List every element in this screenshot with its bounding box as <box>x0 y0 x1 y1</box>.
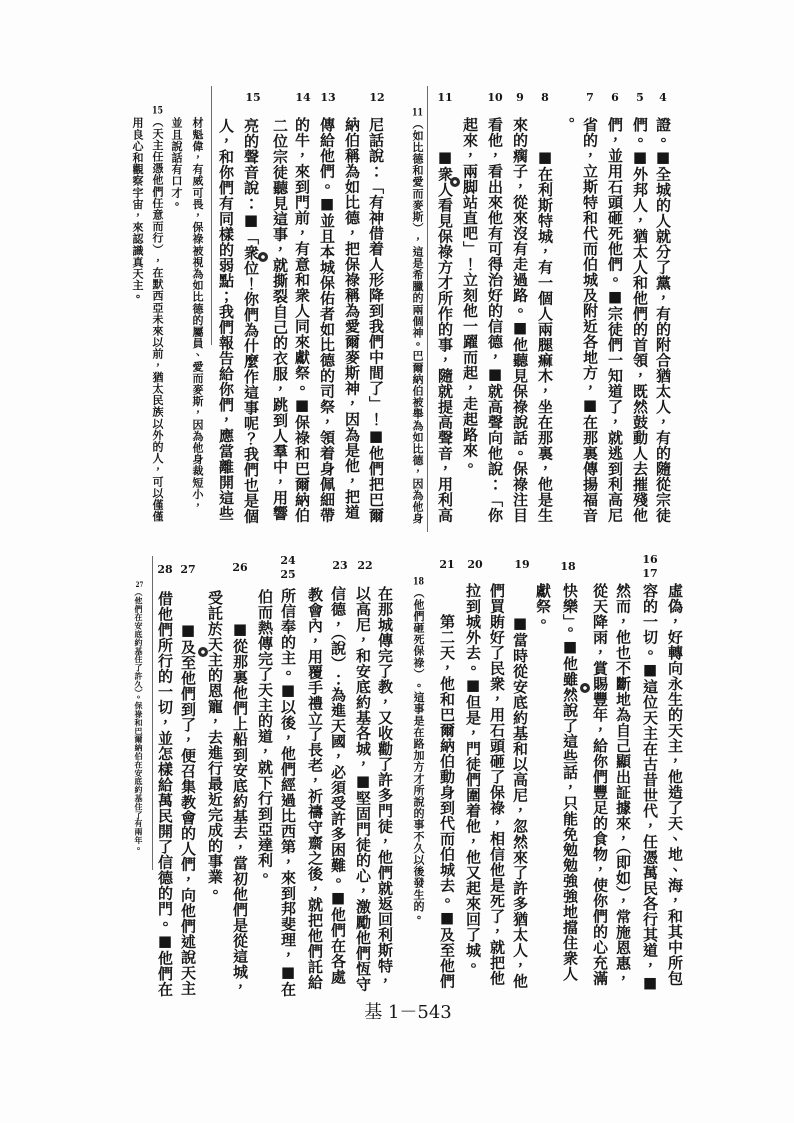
verse-number: 13 <box>318 91 338 105</box>
verse-number: 27 <box>178 563 198 577</box>
verse-number: 22 <box>355 559 375 573</box>
footnote-number: 27 <box>135 581 144 588</box>
text-column: 從天降雨，賞賜豐年，給你們豐足的食物，使你們的心充滿 <box>590 583 610 986</box>
text-column: 然而，他也不斷地為自己顯出証據來，（即如），常施恩惠， <box>613 583 633 987</box>
column-divider <box>427 86 428 532</box>
text-column: 伯而熱傳完了天主的道，就下行到亞達利。 <box>255 589 275 884</box>
verse-number: 24 <box>278 554 298 568</box>
text-column: 受託於天主的恩寵，去進行最近完成的事業。 <box>205 590 225 900</box>
footnote-column: 並且說話有口才。 <box>169 117 183 210</box>
text-column: 第二天，他和巴爾納伯動身到代而伯城去。■及至他們 <box>437 614 457 989</box>
text-column: 拉到城外去。■但是，門徒們圍着他，他又起來回了城。 <box>463 583 483 974</box>
text-column: 信德，（說）：為進天國，必須受許多困難。■他們在各處 <box>328 586 348 985</box>
lower-text-block: 16 17 18 19 20 21 22 23 24 25 26 27 28 虛… <box>0 545 794 1065</box>
annotation-mark-icon <box>198 647 208 657</box>
annotation-mark-icon <box>580 683 590 693</box>
text-column: 們買賄好了民衆，用石頭砸了保祿，相信他是死了，就把他 <box>487 583 507 986</box>
annotation-mark-icon <box>450 177 460 187</box>
verse-number: 19 <box>512 558 532 572</box>
verse-number: 23 <box>330 559 350 573</box>
text-column: 納伯稱為如比德，把保祿稱為愛爾麥斯神，因為是他，把道 <box>342 117 362 520</box>
footnote-column: 18（他們砸死保祿）。這事是在路加方才所說的事不久以後發生的。 <box>411 577 425 923</box>
text-column: 在那城傳完了教，又收勸了許多門徒，他們就返回利斯特， <box>375 586 395 989</box>
text-column: 們，並用石頭砸死他們。■宗徒們一知道了，就逃到利高尼 <box>605 117 625 523</box>
text-column: ■當時從安底約基和以高尼，忽然來了許多猶太人，他 <box>510 614 530 989</box>
verse-number: 5 <box>630 91 650 105</box>
footnote-number: 18 <box>413 577 424 587</box>
footnote-text: 用良心和觀察宇宙，來認識真天主。 <box>131 117 144 303</box>
text-column: 以高尼，和安底約基各城，■堅固門徒的心，激勵他們恆守 <box>353 586 373 992</box>
verse-number: 15 <box>243 91 263 105</box>
verse-number: 21 <box>437 558 457 572</box>
text-column: ■衆人看見保祿方才所作的事，隨就提高聲音，用利高 <box>435 148 455 523</box>
text-column: ■及至他們到了，便召集教會的人們，向他們述說天主 <box>178 621 198 996</box>
footnote-number: 11 <box>412 108 423 118</box>
verse-number: 26 <box>230 561 250 575</box>
text-column: 們。■外邦人，猶太人和他們的首領，既然鼓動人去摧殘他 <box>630 117 650 523</box>
verse-number: 11 <box>435 91 455 105</box>
verse-number: 10 <box>485 91 505 105</box>
text-column: 尼話說：「有神借着人形降到我們中間了」！■他們把巴爾 <box>366 117 386 523</box>
text-column: 亮的聲音說：■「衆位！你們為什麼作這事呢？我們也是個 <box>241 118 261 524</box>
column-divider <box>152 556 153 870</box>
footnote-column: 27（他們在安底約基住了許久）。保祿和巴爾納伯在安底約基住了有兩年。 <box>134 581 144 853</box>
footnote-text: 材魁偉，有威可畏，保祿被視為如比德的屬員、愛而麥斯，因為他身裁短小， <box>191 117 204 511</box>
text-column: 獻祭。 <box>533 583 553 630</box>
text-column: 看他，看出來他有可得治好的信德，■就高聲向他說：「你 <box>485 117 505 523</box>
text-column: 虛偽，好轉向永生的天主，他造了天、地、海，和其中所包 <box>665 583 685 986</box>
verse-number: 4 <box>653 91 673 105</box>
footnote-column: 11（如比德和愛而麥斯），這是希臘的兩個神。巴爾納伯被舉為如比德，因為他身 <box>410 108 424 524</box>
footnote-text: （他們砸死保祿）。這事是在路加方才所說的事不久以後發生的。 <box>412 587 425 923</box>
verse-number: 25 <box>278 568 298 582</box>
footnote-number: 15 <box>152 106 163 116</box>
text-column: 起來，兩脚站直吧」！立刻他一躍而起，走起路來。 <box>460 117 480 474</box>
text-column: 教會內，用覆手禮立了長老，祈禱守齋之後，就把他們託給 <box>305 587 325 990</box>
text-column: 快樂」。■他雖然說了這些話，只能免勉勉強強地擋住衆人 <box>560 583 580 982</box>
annotation-mark-icon <box>258 252 268 262</box>
column-divider <box>211 86 212 345</box>
text-column: 所信奉的主。■以後，他們經過比西第，來到邦斐理，■在 <box>278 588 298 997</box>
text-column: ■從那裏他們上船到安底約基去，當初他們是從這城， <box>230 620 250 995</box>
text-column: 。 <box>557 117 577 133</box>
verse-number: 16 <box>640 553 660 567</box>
text-column: 證。■全城的人就分了黨，有的附合猶太人，有的隨從宗徒 <box>653 117 673 523</box>
verse-number: 18 <box>558 560 578 574</box>
verse-number: 20 <box>465 558 485 572</box>
upper-text-block: 4 5 6 7 8 9 10 11 12 13 14 15 證。■全城的人就分了… <box>0 0 794 545</box>
footnote-column: 材魁偉，有威可畏，保祿被視為如比德的屬員、愛而麥斯，因為他身裁短小， <box>190 117 204 511</box>
footnote-column: 用良心和觀察宇宙，來認識真天主。 <box>130 117 144 303</box>
verse-number: 14 <box>293 91 313 105</box>
text-column: 來的瘸子，從來沒有走過路。■他聽見保祿說話。保祿注目 <box>510 117 530 523</box>
footnote-text: （如比德和愛而麥斯），這是希臘的兩個神。巴爾納伯被舉為如比德，因為他身 <box>411 118 424 524</box>
text-column: 借他們所行的一切，並怎樣給萬民開了信德的門。■他們在 <box>155 591 175 997</box>
footnote-text: 並且說話有口才。 <box>170 117 183 210</box>
page-number: 基 1－543 <box>330 1001 486 1025</box>
verse-number: 17 <box>640 567 660 581</box>
text-column: 傳給他們。■並且本城保佑者如比德的司祭，領着身佩細帶 <box>317 117 337 523</box>
text-column: ■在利斯特城，有一個人兩腿痲木，坐在那裏，他是生 <box>535 148 555 523</box>
text-column: 省的，立斯特和代而伯城及附近各地方，■在那裏傳揚福音 <box>580 117 600 523</box>
text-column: 容的一切。■這位天主在古昔世代，任憑萬民各行其道，■ <box>640 583 660 992</box>
verse-number: 6 <box>605 91 625 105</box>
text-column: 人，和你們有同樣的弱點；我們報告給你們，應當離開這些 <box>216 118 236 521</box>
footnote-text: （天主任憑他們任意而行），在默西亞未來以前，猶太民族以外的人，可以僅僅 <box>151 116 164 522</box>
scanned-page: 4 5 6 7 8 9 10 11 12 13 14 15 證。■全城的人就分了… <box>0 0 794 1123</box>
verse-number: 12 <box>367 91 387 105</box>
verse-number: 9 <box>510 91 530 105</box>
text-column: 的牛，來到門前，有意和衆人同來獻祭。■保祿和巴爾納伯 <box>292 117 312 523</box>
verse-number: 28 <box>155 563 175 577</box>
verse-number: 7 <box>580 91 600 105</box>
footnote-column: 15（天主任憑他們任意而行），在默西亞未來以前，猶太民族以外的人，可以僅僅 <box>150 106 164 522</box>
footnote-text: （他們在安底約基住了許久）。保祿和巴爾納伯在安底約基住了有兩年。 <box>134 588 144 853</box>
text-column: 二位宗徒聽見這事，就撕裂自己的衣服，跳到人羣中，用響 <box>270 118 290 521</box>
verse-number: 8 <box>535 91 555 105</box>
